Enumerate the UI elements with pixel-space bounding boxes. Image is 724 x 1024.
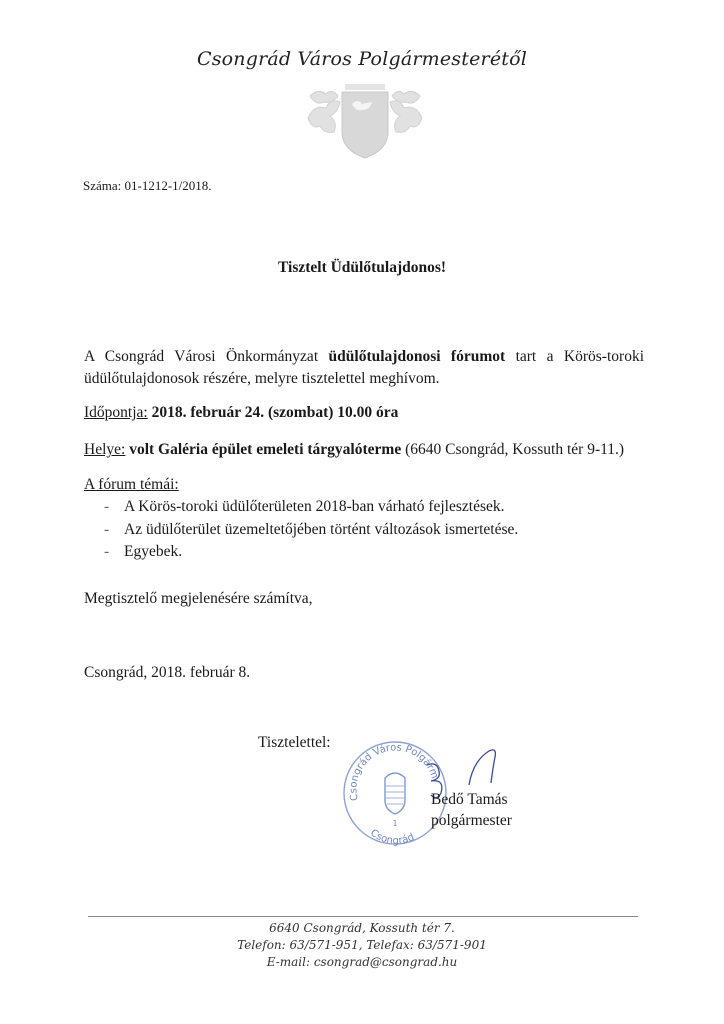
place-label: Helye: — [84, 441, 125, 458]
place-date: Csongrád, 2018. február 8. — [84, 664, 250, 682]
place-name: volt Galéria épület emeleti tárgyalóterm… — [129, 441, 401, 458]
reference-number: Száma: 01-1212-1/2018. — [83, 178, 212, 194]
footer: 6640 Csongrád, Kossuth tér 7. Telefon: 6… — [0, 920, 724, 971]
list-item: -Az üdülőterület üzemeltetőjében történt… — [104, 519, 518, 542]
footer-email: E-mail: csongrad@csongrad.hu — [0, 954, 724, 971]
bullet-dash: - — [104, 519, 109, 542]
svg-text:Csongrád: Csongrád — [368, 828, 416, 847]
greeting: Tisztelettel: — [258, 734, 331, 752]
topics-label: A fórum témái: — [84, 476, 179, 494]
coat-of-arms-icon — [300, 78, 430, 160]
place-address: (6640 Csongrád, Kossuth tér 9-11.) — [401, 441, 624, 458]
stamp-text-bottom: Csongrád — [368, 828, 416, 847]
time-label: Időpontja: — [84, 404, 148, 421]
topic-text: A Körös-toroki üdülőterületen 2018-ban v… — [124, 498, 505, 515]
signer-name: Bedő Tamás — [431, 791, 508, 809]
list-item: -A Körös-toroki üdülőterületen 2018-ban … — [104, 496, 518, 519]
topics-list: -A Körös-toroki üdülőterületen 2018-ban … — [104, 496, 518, 564]
intro-paragraph: A Csongrád Városi Önkormányzat üdülőtula… — [84, 346, 644, 390]
salutation: Tisztelt Üdülőtulajdonos! — [0, 259, 724, 277]
closing-line: Megtisztelő megjelenésére számítva, — [84, 590, 313, 608]
intro-text-bold: üdülőtulajdonosi fórumot — [329, 348, 506, 365]
stamp-number: 1 — [392, 819, 397, 828]
event-place: Helye: volt Galéria épület emeleti tárgy… — [84, 441, 624, 459]
footer-divider — [88, 916, 638, 917]
signer-title: polgármester — [431, 812, 512, 830]
topic-text: Az üdülőterület üzemeltetőjében történt … — [124, 521, 518, 538]
time-value: 2018. február 24. (szombat) 10.00 óra — [152, 404, 399, 421]
bullet-dash: - — [104, 541, 109, 564]
event-time: Időpontja: 2018. február 24. (szombat) 1… — [84, 404, 398, 422]
list-item: -Egyebek. — [104, 541, 518, 564]
topic-text: Egyebek. — [124, 543, 182, 560]
letterhead-title: Csongrád Város Polgármesterétől — [0, 48, 724, 70]
footer-address: 6640 Csongrád, Kossuth tér 7. — [0, 920, 724, 937]
bullet-dash: - — [104, 496, 109, 519]
intro-text-start: A Csongrád Városi Önkormányzat — [84, 348, 329, 365]
footer-phone: Telefon: 63/571-951, Telefax: 63/571-901 — [0, 937, 724, 954]
